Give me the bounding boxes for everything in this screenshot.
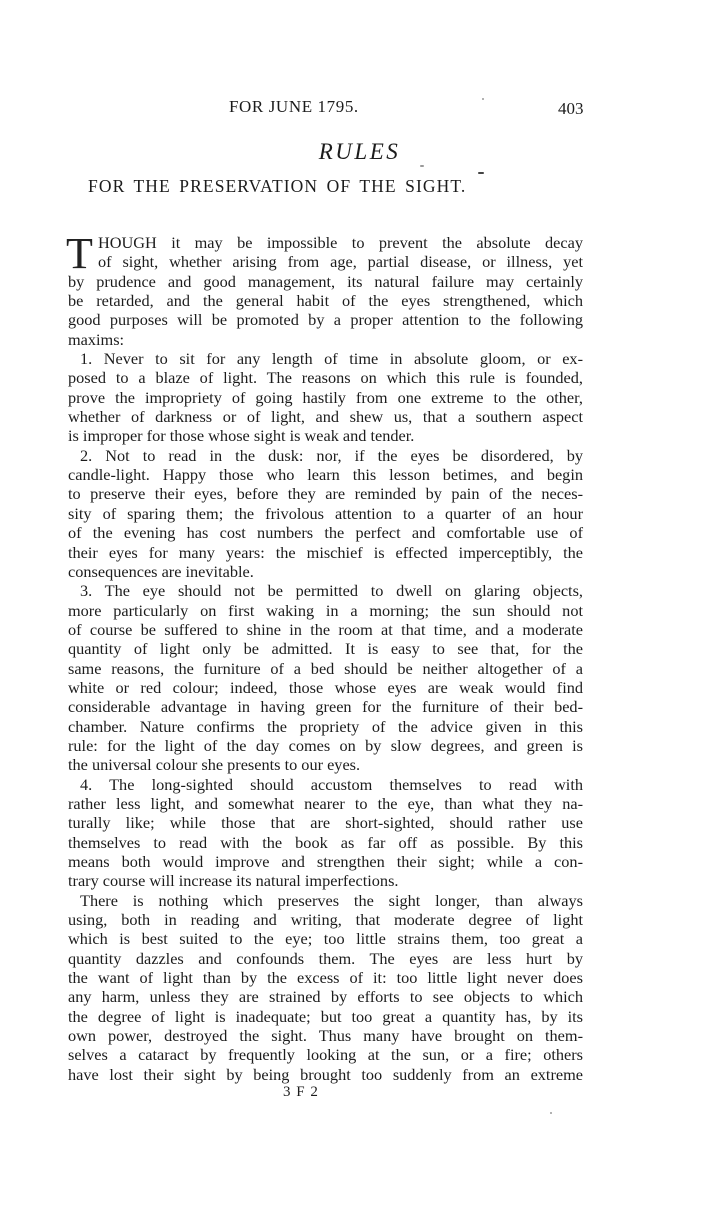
text-line: There is nothing which preserves the sig… bbox=[68, 891, 583, 910]
signature-mark: 3 F 2 bbox=[283, 1084, 319, 1101]
text-line: own power, destroyed the sight. Thus man… bbox=[68, 1026, 583, 1045]
print-speck bbox=[550, 1112, 552, 1114]
text-line: their eyes for many years: the mischief … bbox=[68, 543, 583, 562]
text-line: candle-light. Happy those who learn this… bbox=[68, 465, 583, 484]
text-line: quantity dazzles and confounds them. The… bbox=[68, 949, 583, 968]
text-line: to preserve their eyes, before they are … bbox=[68, 484, 583, 503]
running-head: FOR JUNE 1795. 403 bbox=[0, 97, 703, 121]
text-line: of sight, whether arising from age, part… bbox=[68, 252, 583, 271]
text-line: 2. Not to read in the dusk: nor, if the … bbox=[68, 446, 583, 465]
print-speck bbox=[482, 98, 484, 100]
text-line: 4. The long-sighted should accustom them… bbox=[68, 775, 583, 794]
scanned-page: FOR JUNE 1795. 403 RULES FOR THE PRESERV… bbox=[0, 0, 703, 1208]
text-line: the want of light than by the excess of … bbox=[68, 968, 583, 987]
print-speck bbox=[420, 165, 424, 167]
text-line: by prudence and good management, its nat… bbox=[68, 272, 583, 291]
text-line: which is best suited to the eye; too lit… bbox=[68, 929, 583, 948]
text-line: more particularly on first waking in a m… bbox=[68, 601, 583, 620]
text-line: white or red colour; indeed, those whose… bbox=[68, 678, 583, 697]
text-line: of course be suffered to shine in the ro… bbox=[68, 620, 583, 639]
text-line: prove the impropriety of going hastily f… bbox=[68, 388, 583, 407]
drop-cap: T bbox=[66, 234, 93, 274]
text-line: turally like; while those that are short… bbox=[68, 813, 583, 832]
text-line: the universal colour she presents to our… bbox=[68, 755, 583, 774]
text-line: 3. The eye should not be permitted to dw… bbox=[68, 581, 583, 600]
text-line: good purposes will be promoted by a prop… bbox=[68, 310, 583, 329]
text-line: themselves to read with the book as far … bbox=[68, 833, 583, 852]
article-title: RULES bbox=[0, 139, 703, 165]
running-title: FOR JUNE 1795. bbox=[229, 97, 359, 117]
text-line: sity of sparing them; the frivolous atte… bbox=[68, 504, 583, 523]
text-line: HOUGH it may be impossible to prevent th… bbox=[68, 233, 583, 252]
article-body: T HOUGH it may be impossible to prevent … bbox=[68, 233, 583, 1084]
text-line: be retarded, and the general habit of th… bbox=[68, 291, 583, 310]
text-line: rather less light, and somewhat nearer t… bbox=[68, 794, 583, 813]
text-line: of the evening has cost numbers the perf… bbox=[68, 523, 583, 542]
text-line: whether of darkness or of light, and she… bbox=[68, 407, 583, 426]
text-line: consequences are inevitable. bbox=[68, 562, 583, 581]
text-line: posed to a blaze of light. The reasons o… bbox=[68, 368, 583, 387]
text-line: trary course will increase its natural i… bbox=[68, 871, 583, 890]
text-line: means both would improve and strengthen … bbox=[68, 852, 583, 871]
text-line: is improper for those whose sight is wea… bbox=[68, 426, 583, 445]
text-line: same reasons, the furniture of a bed sho… bbox=[68, 659, 583, 678]
text-line: maxims: bbox=[68, 330, 583, 349]
text-line: have lost their sight by being brought t… bbox=[68, 1065, 583, 1084]
text-line: quantity of light only be admitted. It i… bbox=[68, 639, 583, 658]
print-speck bbox=[478, 172, 484, 174]
text-line: the degree of light is inadequate; but t… bbox=[68, 1007, 583, 1026]
text-line: selves a cataract by frequently looking … bbox=[68, 1045, 583, 1064]
article-subtitle: FOR THE PRESERVATION OF THE SIGHT. bbox=[88, 176, 466, 197]
page-number: 403 bbox=[558, 99, 584, 119]
text-line: chamber. Nature confirms the propriety o… bbox=[68, 717, 583, 736]
text-line: any harm, unless they are strained by ef… bbox=[68, 987, 583, 1006]
text-line: using, both in reading and writing, that… bbox=[68, 910, 583, 929]
text-line: considerable advantage in having green f… bbox=[68, 697, 583, 716]
text-line: rule: for the light of the day comes on … bbox=[68, 736, 583, 755]
text-line: 1. Never to sit for any length of time i… bbox=[68, 349, 583, 368]
